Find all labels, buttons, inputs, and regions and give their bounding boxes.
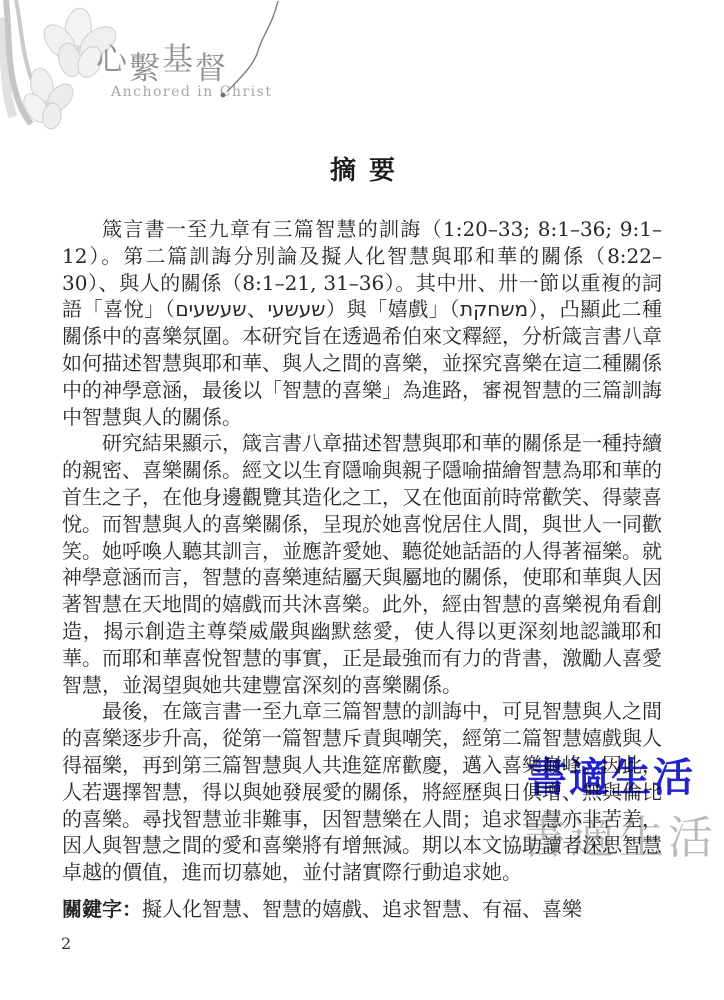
abstract-section: 摘要 箴言書一至九章有三篇智慧的訓誨（1:20–33; 8:1–36; 9:1–… [62, 156, 662, 923]
abstract-paragraph-3: 最後，在箴言書一至九章三篇智慧的訓誨中，可見智慧與人之間的喜樂逐步升高，從第一篇… [62, 698, 662, 886]
keywords-text: 擬人化智慧、智慧的嬉戲、追求智慧、有福、喜樂 [142, 897, 582, 921]
document-page: 心繫基督 Anchored in Christ 摘要 箴言書一至九章有三篇智慧的… [0, 0, 724, 1000]
abstract-paragraph-1: 箴言書一至九章有三篇智慧的訓誨（1:20–33; 8:1–36; 9:1–12）… [62, 216, 662, 430]
abstract-paragraph-2: 研究結果顯示，箴言書八章描述智慧與耶和華的關係是一種持續的親密、喜樂關係。經文以… [62, 430, 662, 698]
abstract-title: 摘要 [62, 156, 662, 186]
keywords-line: 關鍵字：擬人化智慧、智慧的嬉戲、追求智慧、有福、喜樂 [62, 896, 662, 923]
page-number: 2 [61, 934, 71, 953]
logo-title: 心繫基督 [96, 34, 228, 79]
keywords-label: 關鍵字： [62, 897, 142, 921]
calligraphy-swash-icon [210, 0, 290, 105]
